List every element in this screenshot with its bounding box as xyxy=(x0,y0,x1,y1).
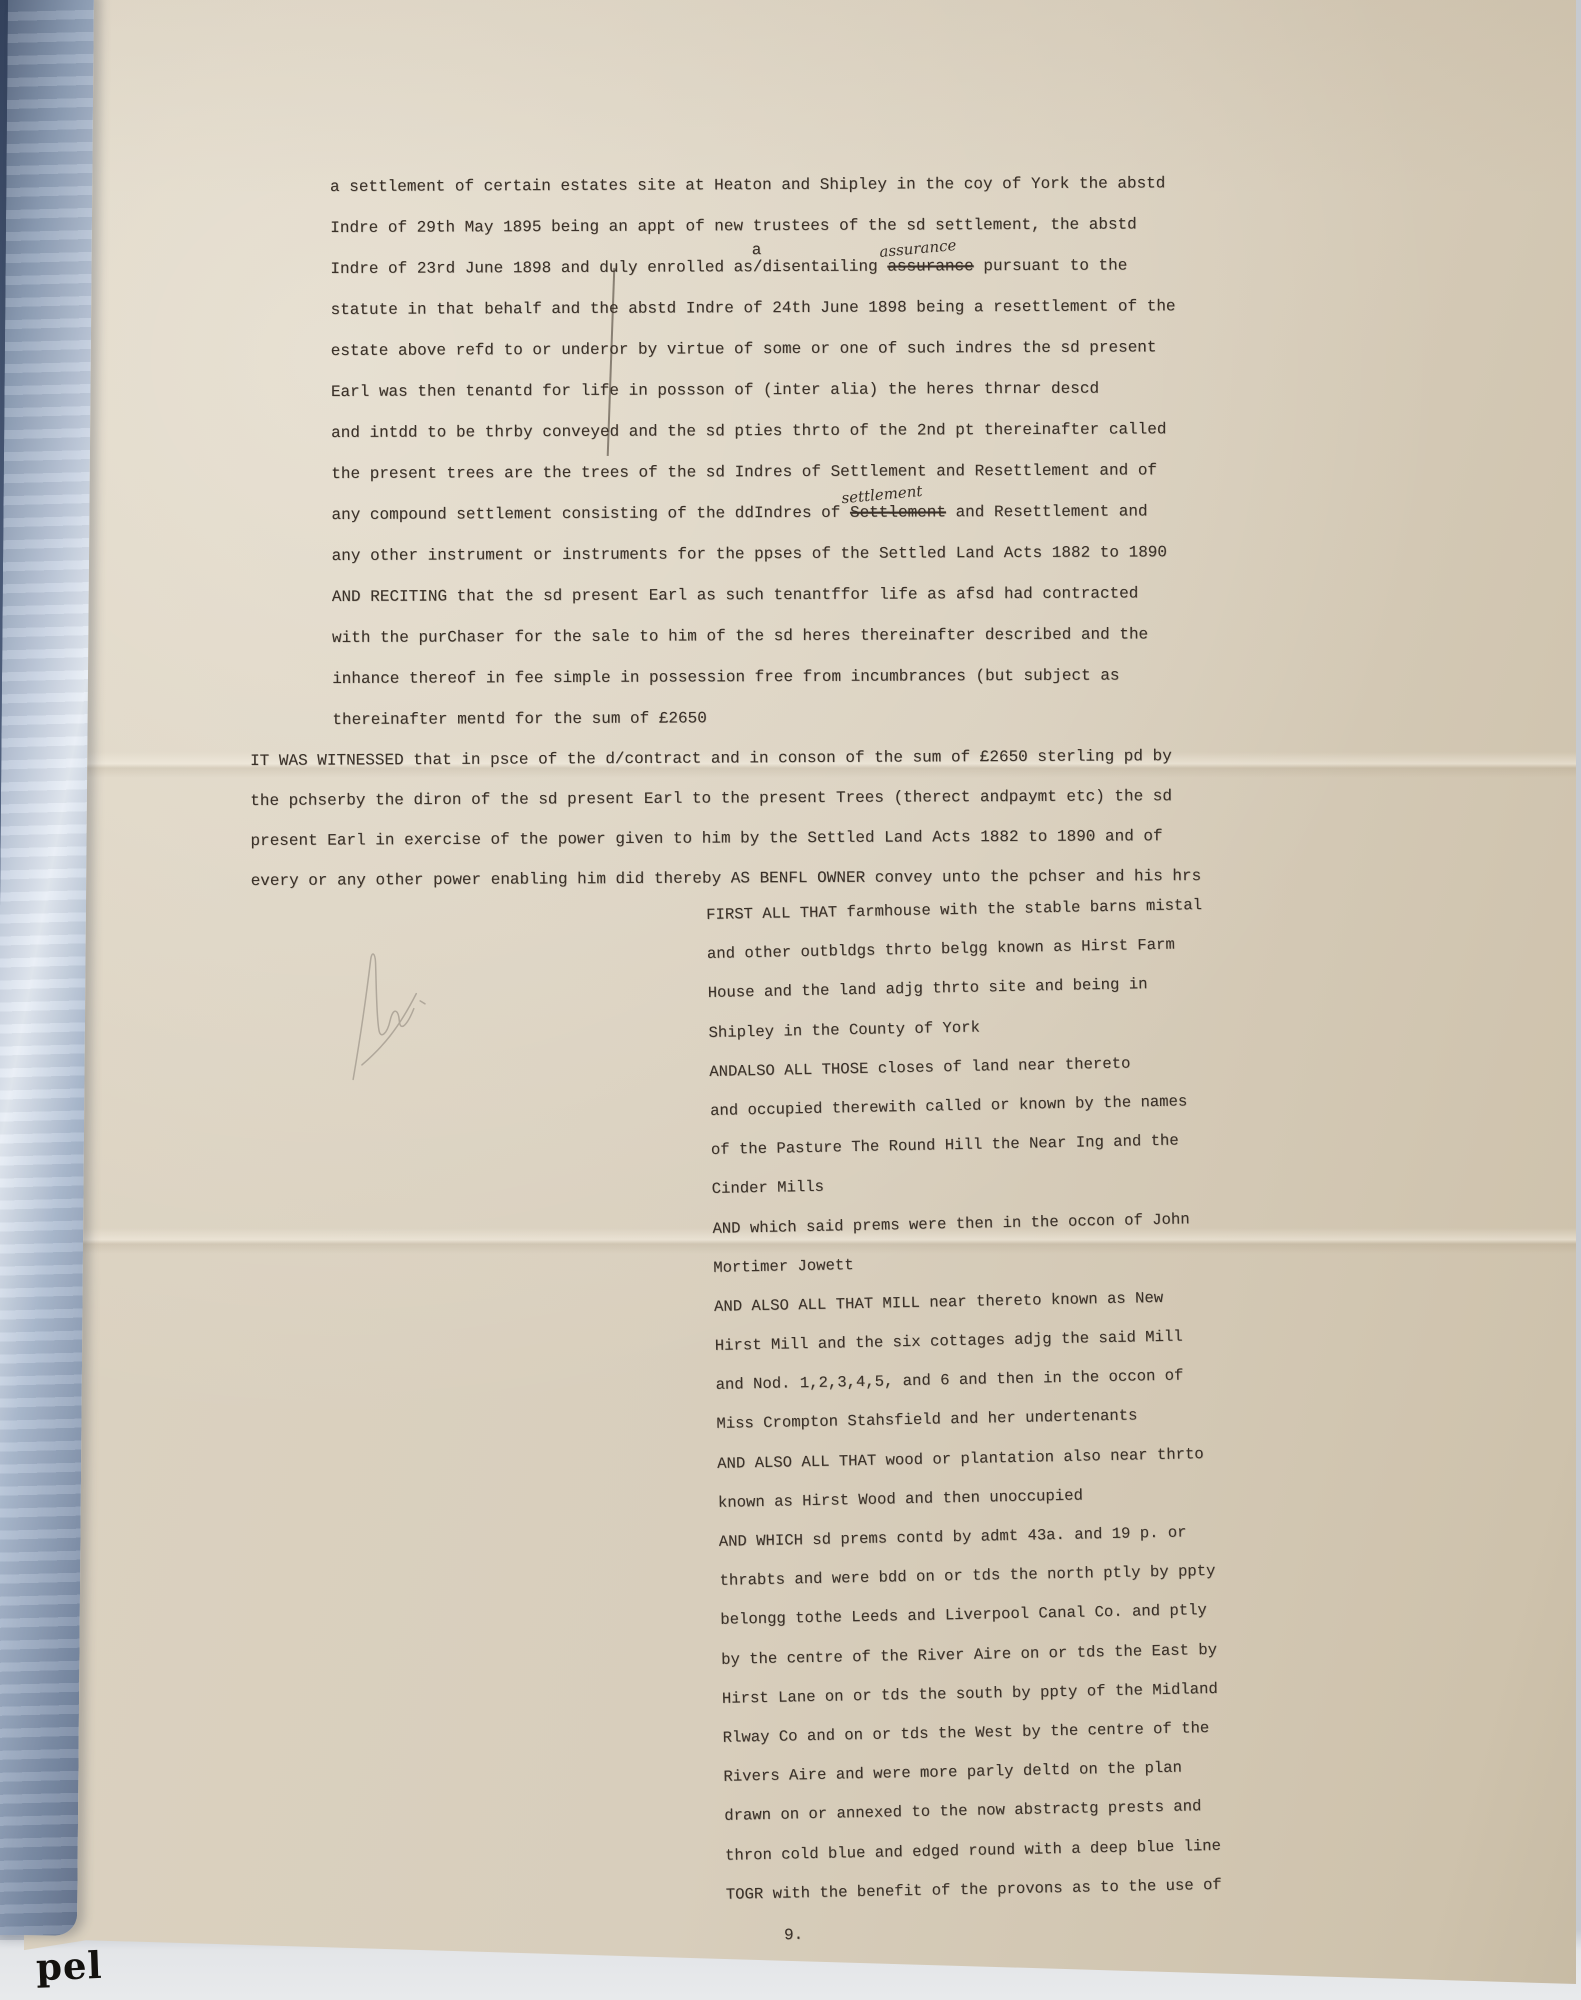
text-line: any other instrument or instruments for … xyxy=(332,543,1177,588)
parcels-paragraph: FIRST ALL THAT farmhouse with the stable… xyxy=(706,896,1222,1925)
recitals-paragraph: a settlement of certain estates site at … xyxy=(330,174,1177,752)
text-line: IT WAS WITNESSED that in psce of the d/c… xyxy=(250,747,1201,792)
testatum-paragraph: IT WAS WITNESSED that in psce of the d/c… xyxy=(250,747,1201,912)
text-line: a settlement of certain estates site at … xyxy=(330,174,1175,219)
text-line: and intdd to be thrby conveyed and the s… xyxy=(331,420,1176,465)
document-page: a settlement of certain estates site at … xyxy=(24,0,1576,1992)
text-line: with the purChaser for the sale to him o… xyxy=(332,625,1177,670)
page-number: 9. xyxy=(784,1926,804,1944)
photograph: a settlement of certain estates site at … xyxy=(0,0,1581,2000)
text-line: thereinafter mentd for the sum of £2650 xyxy=(332,707,1177,752)
text-line: estate above refd to or underor by virtu… xyxy=(331,338,1176,383)
ink-stamp: pel xyxy=(35,1943,103,1989)
pencil-signature xyxy=(308,926,461,1101)
text-line: the pchserby the diron of the sd present… xyxy=(250,787,1201,832)
text-line: inhance thereof in fee simple in possess… xyxy=(332,666,1177,711)
text-line: the present trees are the trees of the s… xyxy=(331,461,1176,506)
text-line: Earl was then tenantd for life in possso… xyxy=(331,379,1176,424)
text-line: AND RECITING that the sd present Earl as… xyxy=(332,584,1177,629)
text-line: any compound settlement consisting of th… xyxy=(331,502,1176,547)
text-line: present Earl in exercise of the power gi… xyxy=(250,827,1201,872)
text-line: Indre of 23rd June 1898 and duly enrolle… xyxy=(330,256,1175,301)
text-line: statute in that behalf and the abstd Ind… xyxy=(331,297,1176,342)
